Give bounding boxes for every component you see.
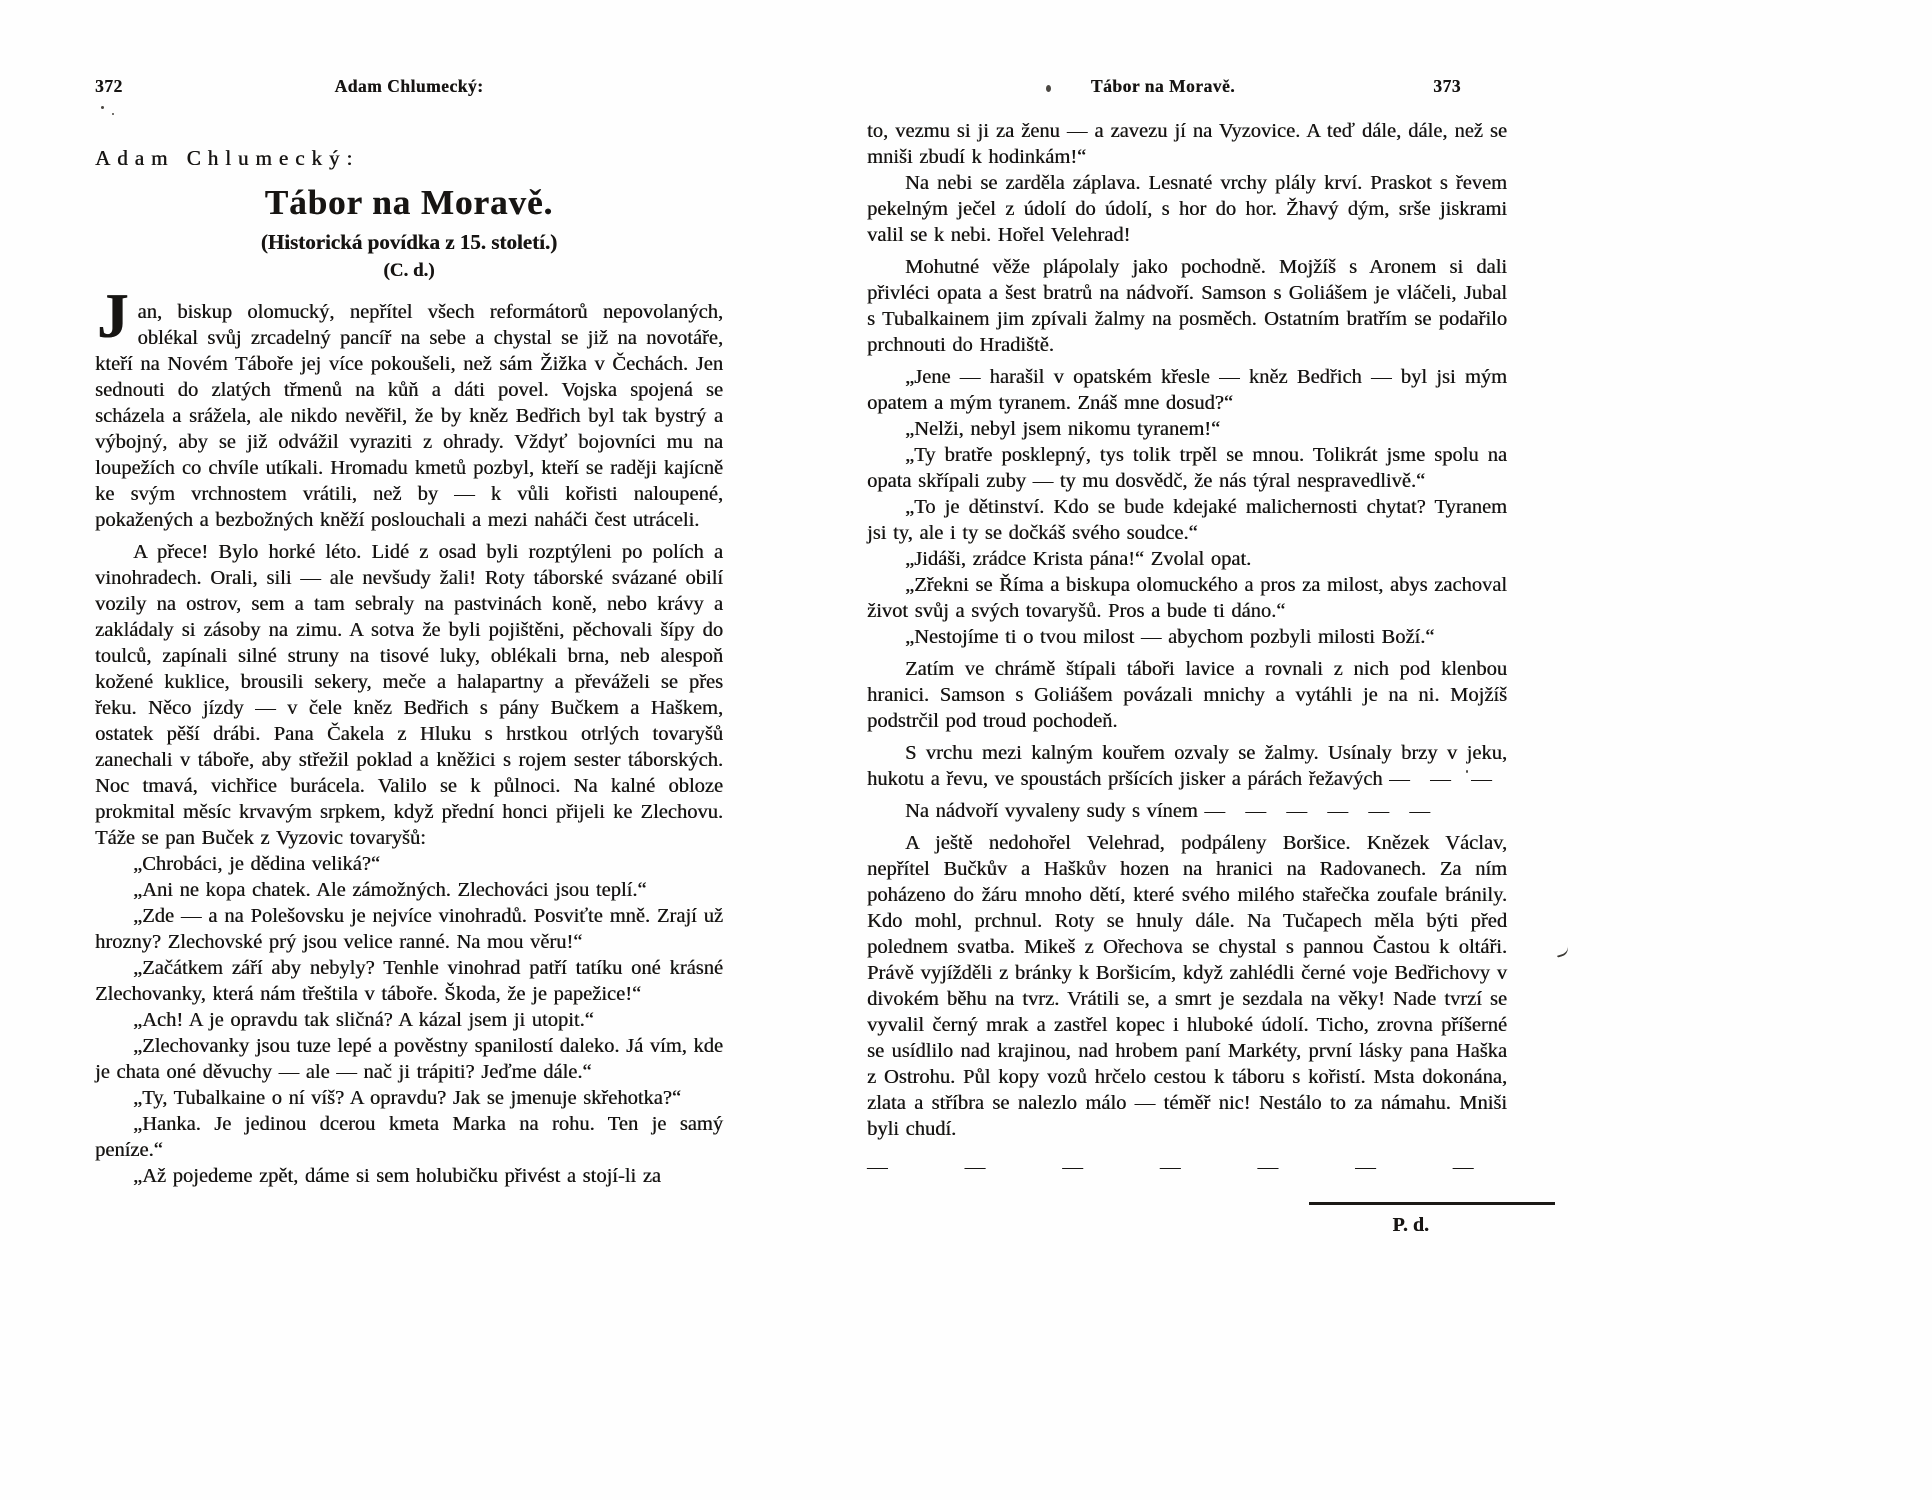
- scanned-book-spread: { "left_page": { "page_number": "372", "…: [0, 0, 1932, 1500]
- paragraph: „Až pojedeme zpět, dáme si sem holubičku…: [95, 1163, 723, 1189]
- scan-artifact: [112, 113, 114, 115]
- author-byline: Adam Chlumecký:: [95, 146, 723, 171]
- paragraph: „Ty bratře posklepný, tys tolik trpěl se…: [867, 442, 1507, 494]
- page-number-right: 373: [1433, 76, 1461, 97]
- paragraph: Jan, biskup olomucký, nepřítel všech ref…: [95, 299, 723, 533]
- paragraph: „Chrobáci, je dědina veliká?“: [95, 851, 723, 877]
- page-left: 372 Adam Chlumecký: Adam Chlumecký: Tábo…: [95, 76, 723, 1189]
- page-number-left: 372: [95, 76, 123, 97]
- end-rule: [1309, 1202, 1555, 1205]
- paragraph: Na nebi se zarděla záplava. Lesnaté vrch…: [867, 170, 1507, 248]
- paragraph: „Jene — harašil v opatském křesle — kněz…: [867, 364, 1507, 416]
- story-title: Tábor na Moravě.: [95, 183, 723, 223]
- scan-artifact: [1466, 770, 1468, 773]
- left-column-text: Jan, biskup olomucký, nepřítel všech ref…: [95, 299, 723, 1189]
- running-header-title: Adam Chlumecký:: [95, 76, 723, 97]
- paragraph: Mohutné věže plápolaly jako pochodně. Mo…: [867, 254, 1507, 358]
- paragraph: „Zřekni se Říma a biskupa olomuckého a p…: [867, 572, 1507, 624]
- paragraph: Zatím ve chrámě štípali táboři lavice a …: [867, 656, 1507, 734]
- paragraph: „Nestojíme ti o tvou milost — abychom po…: [867, 624, 1507, 650]
- paragraph: „Zlechovanky jsou tuze lepé a pověstny s…: [95, 1033, 723, 1085]
- paragraph: „Hanka. Je jedinou dcerou kmeta Marka na…: [95, 1111, 723, 1163]
- paragraph: S vrchu mezi kalným kouřem ozvaly se žal…: [867, 740, 1507, 792]
- paragraph: Na nádvoří vyvaleny sudy s vínem — — — —…: [867, 798, 1507, 824]
- paragraph-text: an, biskup olomucký, nepřítel všech refo…: [95, 301, 723, 531]
- paragraph: „Jidáši, zrádce Krista pána!“ Zvolal opa…: [867, 546, 1507, 572]
- paragraph: „Začátkem září aby nebyly? Tenhle vinohr…: [95, 955, 723, 1007]
- running-head-left: 372 Adam Chlumecký:: [95, 76, 723, 102]
- continuation-abbr: (C. d.): [95, 260, 723, 282]
- right-column-text: to, vezmu si ji za ženu — a zavezu jí na…: [867, 118, 1507, 1142]
- story-subtitle: (Historická povídka z 15. století.): [95, 230, 723, 255]
- paragraph: „Ani ne kopa chatek. Ale zámožných. Zlec…: [95, 877, 723, 903]
- dash-separator: — — — — — — —: [867, 1154, 1507, 1180]
- paragraph: A přece! Bylo horké léto. Lidé z osad by…: [95, 539, 723, 851]
- paragraph: A ještě nedohořel Velehrad, podpáleny Bo…: [867, 830, 1507, 1142]
- paragraph: „Nelži, nebyl jsem nikomu tyranem!“: [867, 416, 1507, 442]
- scan-artifact: [101, 106, 104, 109]
- paragraph: to, vezmu si ji za ženu — a zavezu jí na…: [867, 118, 1507, 170]
- paragraph: „Zde — a na Polešovsku je nejvíce vinohr…: [95, 903, 723, 955]
- page-right: Tábor na Moravě. 373 to, vezmu si ji za …: [867, 76, 1507, 1237]
- continuation-mark: P. d.: [867, 1214, 1507, 1237]
- drop-cap: J: [97, 292, 129, 340]
- running-header-title: Tábor na Moravě.: [843, 76, 1483, 97]
- running-head-right: Tábor na Moravě. 373: [867, 76, 1507, 102]
- pen-mark-artifact: [1555, 946, 1570, 958]
- paragraph: „To je dětinství. Kdo se bude kdejaké ma…: [867, 494, 1507, 546]
- scan-artifact: [1046, 85, 1051, 92]
- paragraph: „Ty, Tubalkaine o ní víš? A opravdu? Jak…: [95, 1085, 723, 1111]
- paragraph: „Ach! A je opravdu tak sličná? A kázal j…: [95, 1007, 723, 1033]
